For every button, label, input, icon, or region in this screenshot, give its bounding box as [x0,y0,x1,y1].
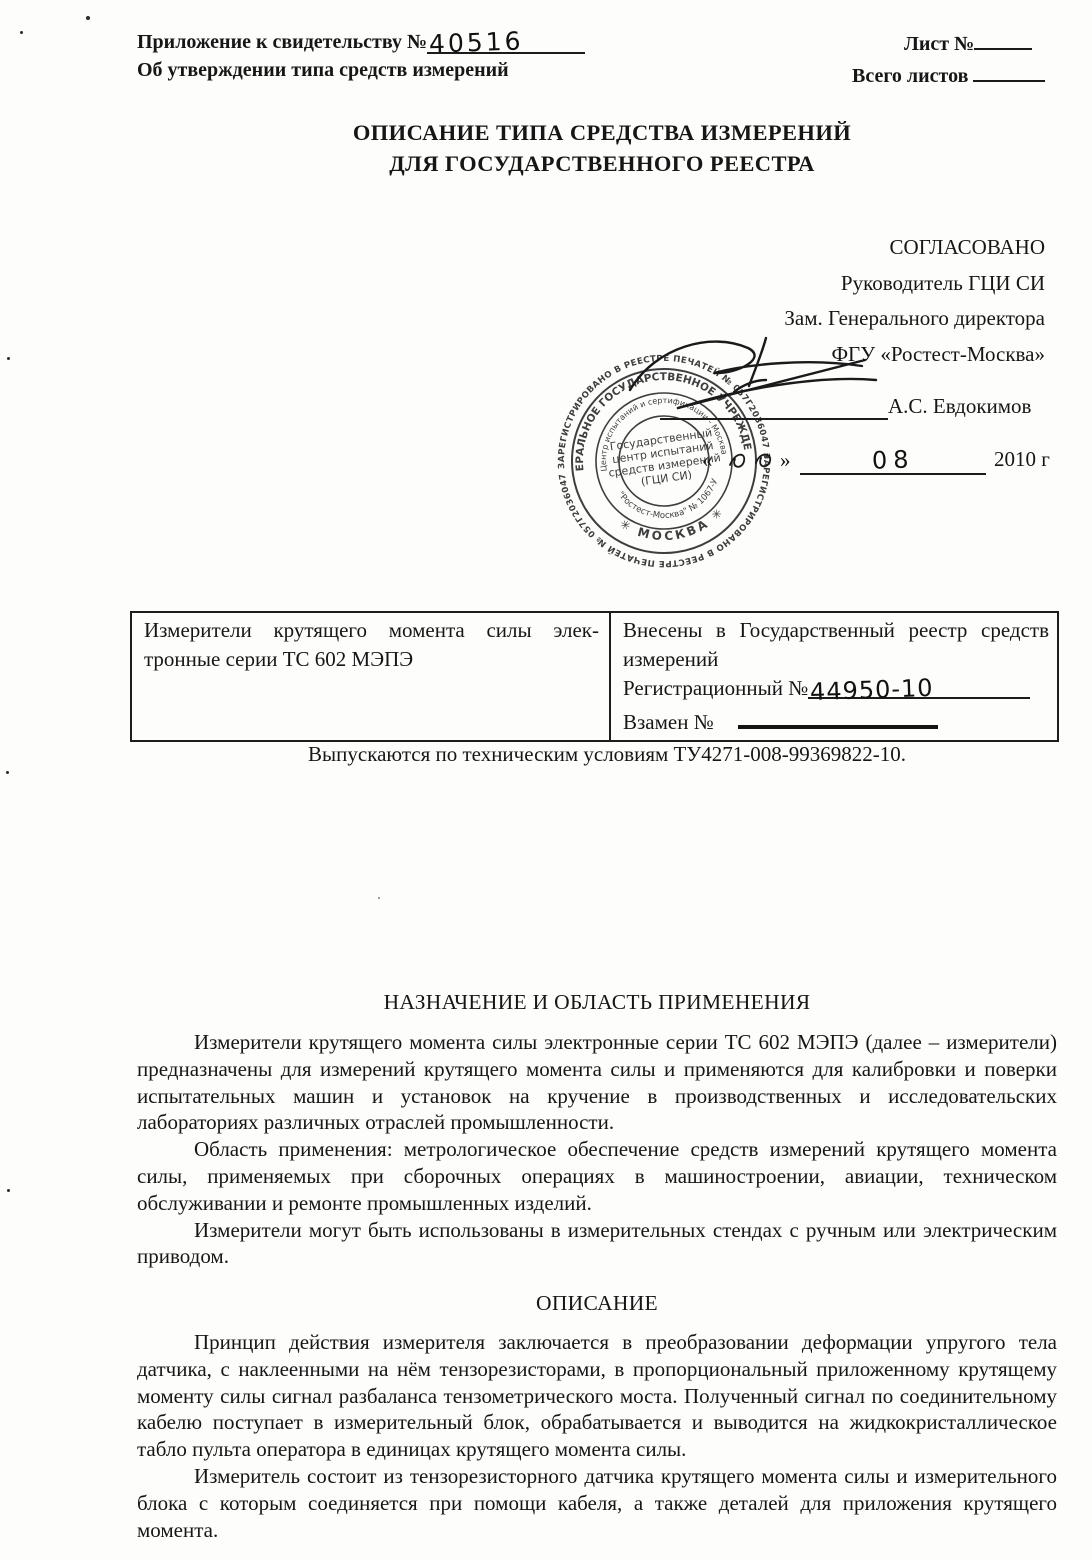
certificate-number-field: 40516 [427,26,585,54]
description-paragraph-1: Принцип действия измерителя заключается … [137,1329,1057,1463]
document-title: ОПИСАНИЕ ТИПА СРЕДСТВА ИЗМЕРЕНИЙ ДЛЯ ГОС… [137,118,1067,179]
header-left: Приложение к свидетельству №40516 Об утв… [137,26,585,84]
purpose-paragraph-1: Измерители крутящего момента силы электр… [137,1029,1057,1136]
replaces-row: Взамен № [623,703,1049,737]
date-day-quote-open: « [702,448,713,473]
document-page: Приложение к свидетельству №40516 Об утв… [0,0,1092,1560]
signature-line [660,392,888,420]
scan-speck [6,771,9,774]
purpose-paragraphs: Измерители крутящего момента силы электр… [137,1029,1057,1270]
replaces-number-field [738,703,938,729]
sheet-label: Лист № [904,33,974,55]
signer-name: А.С. Евдокимов [888,394,1031,419]
description-heading: ОПИСАНИЕ [137,1291,1057,1316]
title-line1: ОПИСАНИЕ ТИПА СРЕДСТВА ИЗМЕРЕНИЙ [137,118,1067,149]
scan-speck [20,31,23,34]
replaces-label: Взамен № [623,710,714,734]
day-handwritten-scribble [722,448,778,474]
purpose-paragraph-3: Измерители могут быть использованы в изм… [137,1217,1057,1271]
purpose-paragraph-2: Область применения: метрологическое обес… [137,1136,1057,1216]
scan-speck [7,1189,10,1192]
entry-line1: Внесены в Государственный реестр средств [623,616,1049,645]
tu-statement: Выпускаются по техническим условиям ТУ42… [137,742,1077,767]
instrument-name-cell: Измерители крутящего момента силы элек- … [132,613,611,740]
description-paragraphs: Принцип действия измерителя заключается … [137,1329,1057,1543]
appendix-label: Приложение к свидетельству № [137,31,427,53]
date-month-handwritten: 08 [871,445,914,474]
purpose-heading: НАЗНАЧЕНИЕ И ОБЛАСТЬ ПРИМЕНЕНИЯ [137,990,1057,1015]
entry-line2: измерений [623,645,1049,674]
scan-speck [7,357,10,360]
appendix-line: Приложение к свидетельству №40516 [137,26,585,56]
registration-number-row: Регистрационный №44950-10 [623,673,1049,703]
header-right: Лист № Всего листов [852,26,1045,90]
registration-number-field: 44950-10 [808,673,1030,699]
date-month-field: 08 [800,446,986,475]
approval-role1: Руководитель ГЦИ СИ [784,266,1045,302]
date-day-quote-close: » [780,448,791,473]
registration-label: Регистрационный № [623,676,808,700]
appendix-line2: Об утверждении типа средств измерений [137,56,585,84]
scan-speck [378,897,380,899]
instrument-name-line2: тронные серии ТС 602 МЭПЭ [144,645,599,674]
title-line2: ДЛЯ ГОСУДАРСТВЕННОГО РЕЕСТРА [137,149,1067,180]
registry-entry-cell: Внесены в Государственный реестр средств… [611,613,1057,740]
total-sheets-field [973,58,1045,82]
registry-table: Измерители крутящего момента силы элек- … [130,611,1059,742]
sheet-number-field [974,26,1032,50]
description-paragraph-2: Измеритель состоит из тензорезисторного … [137,1463,1057,1543]
sheet-line: Лист № [852,26,1045,58]
total-sheets-label: Всего листов [852,65,968,87]
certificate-number-handwritten: 40516 [429,27,524,58]
date-year-label: 2010 г [994,447,1050,472]
approval-status: СОГЛАСОВАНО [784,230,1045,266]
scan-speck [86,16,90,20]
total-sheets-line: Всего листов [852,58,1045,90]
registration-number-handwritten: 44950-10 [810,674,934,707]
instrument-name-line1: Измерители крутящего момента силы элек- [144,616,599,645]
